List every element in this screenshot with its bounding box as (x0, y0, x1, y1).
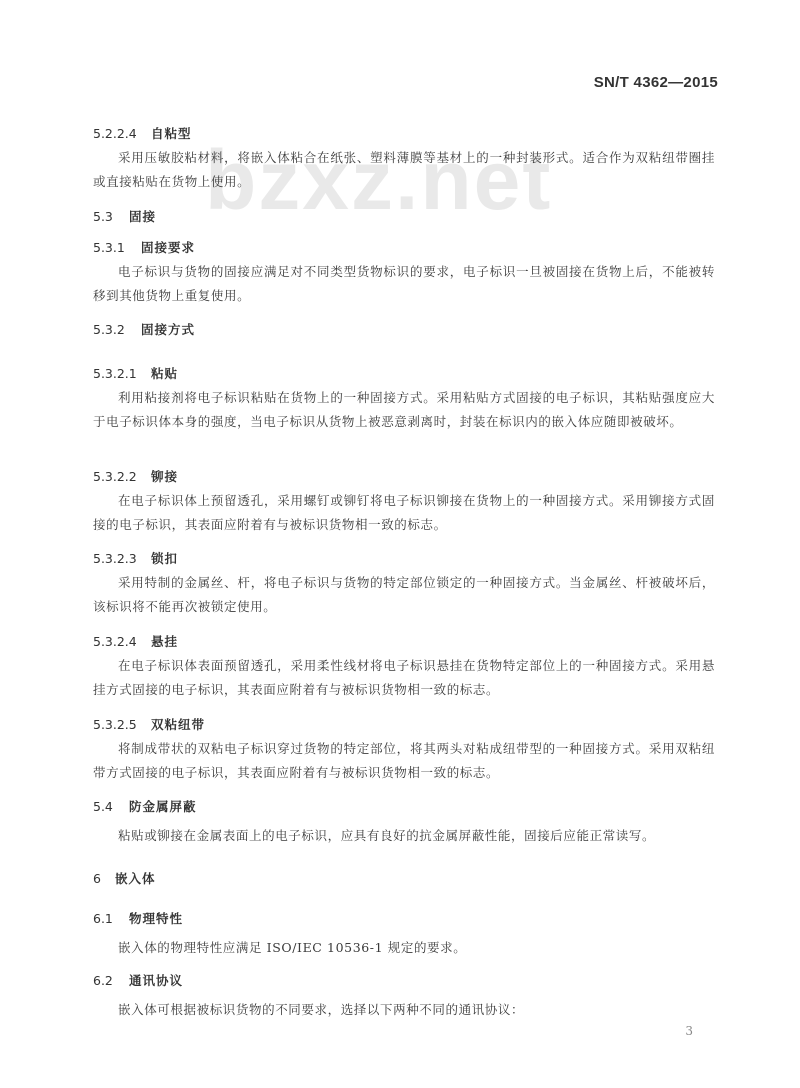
document-page: SN/T 4362—2015 bzxz.net 5.2.2.4自粘型 采用压敏胶… (0, 0, 800, 1088)
section-heading-5-2-2-4: 5.2.2.4自粘型 (93, 124, 192, 142)
section-number: 6.2 (93, 973, 129, 988)
section-heading-5-4: 5.4防金属屏蔽 (93, 797, 197, 815)
section-heading-5-3-2: 5.3.2固接方式 (93, 320, 195, 338)
section-heading-5-3-2-4: 5.3.2.4悬挂 (93, 632, 178, 650)
section-title: 双粘纽带 (151, 717, 205, 732)
section-title: 物理特性 (129, 911, 183, 926)
section-number: 5.3.2.1 (93, 366, 151, 381)
section-number: 6 (93, 871, 115, 886)
section-heading-5-3: 5.3固接 (93, 207, 156, 225)
section-heading-5-3-1: 5.3.1固接要求 (93, 238, 195, 256)
section-heading-5-3-2-2: 5.3.2.2铆接 (93, 467, 178, 485)
section-title: 通讯协议 (129, 973, 183, 988)
paragraph-5-3-2-2: 在电子标识体上预留透孔，采用螺钉或铆钉将电子标识铆接在货物上的一种固接方式。采用… (93, 489, 715, 537)
section-title: 锁扣 (151, 551, 178, 566)
section-title: 固接要求 (141, 240, 195, 255)
section-number: 5.4 (93, 799, 129, 814)
section-heading-6-2: 6.2通讯协议 (93, 971, 183, 989)
section-number: 6.1 (93, 911, 129, 926)
section-title: 嵌入体 (115, 871, 156, 886)
paragraph-5-4: 粘贴或铆接在金属表面上的电子标识，应具有良好的抗金属屏蔽性能，固接后应能正常读写… (93, 824, 715, 848)
paragraph-5-3-2-4: 在电子标识体表面预留透孔，采用柔性线材将电子标识悬挂在货物特定部位上的一种固接方… (93, 654, 715, 702)
section-heading-6: 6嵌入体 (93, 869, 156, 887)
section-heading-5-3-2-1: 5.3.2.1粘贴 (93, 364, 178, 382)
section-title: 防金属屏蔽 (129, 799, 197, 814)
section-title: 粘贴 (151, 366, 178, 381)
paragraph-6-1: 嵌入体的物理特性应满足 ISO/IEC 10536-1 规定的要求。 (93, 936, 715, 960)
section-title: 悬挂 (151, 634, 178, 649)
paragraph-5-3-2-3: 采用特制的金属丝、杆，将电子标识与货物的特定部位锁定的一种固接方式。当金属丝、杆… (93, 571, 715, 619)
paragraph-6-2: 嵌入体可根据被标识货物的不同要求，选择以下两种不同的通讯协议： (93, 998, 715, 1022)
section-title: 铆接 (151, 469, 178, 484)
section-title: 自粘型 (151, 126, 192, 141)
paragraph-5-3-1: 电子标识与货物的固接应满足对不同类型货物标识的要求，电子标识一旦被固接在货物上后… (93, 260, 715, 308)
page-number: 3 (685, 1024, 693, 1038)
section-number: 5.3.1 (93, 240, 141, 255)
paragraph-5-3-2-5: 将制成带状的双粘电子标识穿过货物的特定部位，将其两头对粘成纽带型的一种固接方式。… (93, 737, 715, 785)
section-heading-5-3-2-5: 5.3.2.5双粘纽带 (93, 715, 205, 733)
section-number: 5.3.2.4 (93, 634, 151, 649)
section-number: 5.3 (93, 209, 129, 224)
section-number: 5.2.2.4 (93, 126, 151, 141)
paragraph-5-3-2-1: 利用粘接剂将电子标识粘贴在货物上的一种固接方式。采用粘贴方式固接的电子标识，其粘… (93, 386, 715, 434)
section-number: 5.3.2.3 (93, 551, 151, 566)
section-number: 5.3.2 (93, 322, 141, 337)
section-number: 5.3.2.2 (93, 469, 151, 484)
section-number: 5.3.2.5 (93, 717, 151, 732)
section-heading-6-1: 6.1物理特性 (93, 909, 183, 927)
section-title: 固接 (129, 209, 156, 224)
section-title: 固接方式 (141, 322, 195, 337)
paragraph-5-2-2-4: 采用压敏胶粘材料，将嵌入体粘合在纸张、塑料薄膜等基材上的一种封装形式。适合作为双… (93, 146, 715, 194)
standard-code: SN/T 4362—2015 (594, 74, 718, 91)
section-heading-5-3-2-3: 5.3.2.3锁扣 (93, 549, 178, 567)
